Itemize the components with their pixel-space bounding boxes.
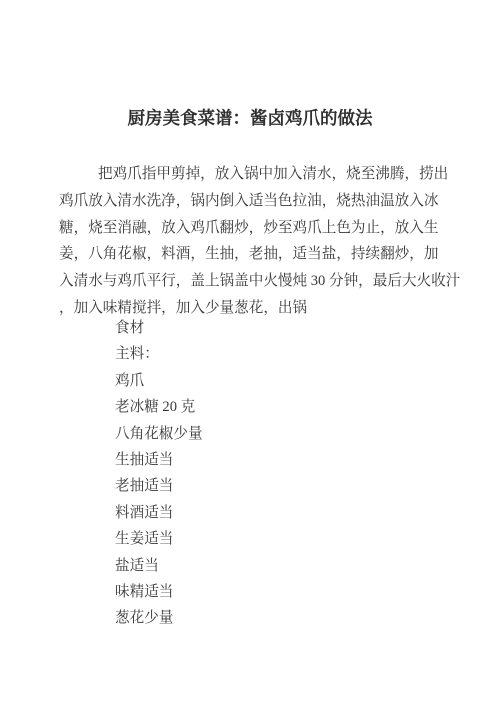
ingredient-item: 料酒适当 [115,500,203,526]
ingredient-item: 鸡爪 [115,368,203,394]
ingredient-item: 老冰糖 20 克 [115,394,203,420]
paragraph-line: 姜，八角花椒，料酒，生抽，老抽，适当盐，持续翻炒，加 [59,241,460,268]
paragraph-line: 把鸡爪指甲剪掉，放入锅中加入清水，烧至沸腾，捞出 [59,161,460,188]
ingredients-subheading: 主料： [115,341,203,367]
paragraph-line: 鸡爪放入清水洗净，锅内倒入适当色拉油，烧热油温放入冰 [59,188,460,215]
paragraph-line: 糖，烧至消融，放入鸡爪翻炒，炒至鸡爪上色为止，放入生 [59,215,460,242]
paragraph-line: 入清水与鸡爪平行，盖上锅盖中火慢炖 30 分钟，最后大火收汁 [59,268,460,295]
ingredient-item: 生抽适当 [115,447,203,473]
ingredient-item: 生姜适当 [115,526,203,552]
document-page: 厨房美食菜谱：酱卤鸡爪的做法 把鸡爪指甲剪掉，放入锅中加入清水，烧至沸腾，捞出 … [0,0,500,708]
ingredient-item: 葱花少量 [115,605,203,631]
ingredient-item: 味精适当 [115,579,203,605]
ingredients-heading: 食材 [115,315,203,341]
document-title: 厨房美食菜谱：酱卤鸡爪的做法 [0,105,500,131]
ingredients-section: 食材 主料： 鸡爪 老冰糖 20 克 八角花椒少量 生抽适当 老抽适当 料酒适当… [115,315,203,632]
ingredient-item: 老抽适当 [115,473,203,499]
recipe-instructions-paragraph: 把鸡爪指甲剪掉，放入锅中加入清水，烧至沸腾，捞出 鸡爪放入清水洗净，锅内倒入适当… [59,161,460,322]
ingredient-item: 八角花椒少量 [115,421,203,447]
ingredient-item: 盐适当 [115,553,203,579]
